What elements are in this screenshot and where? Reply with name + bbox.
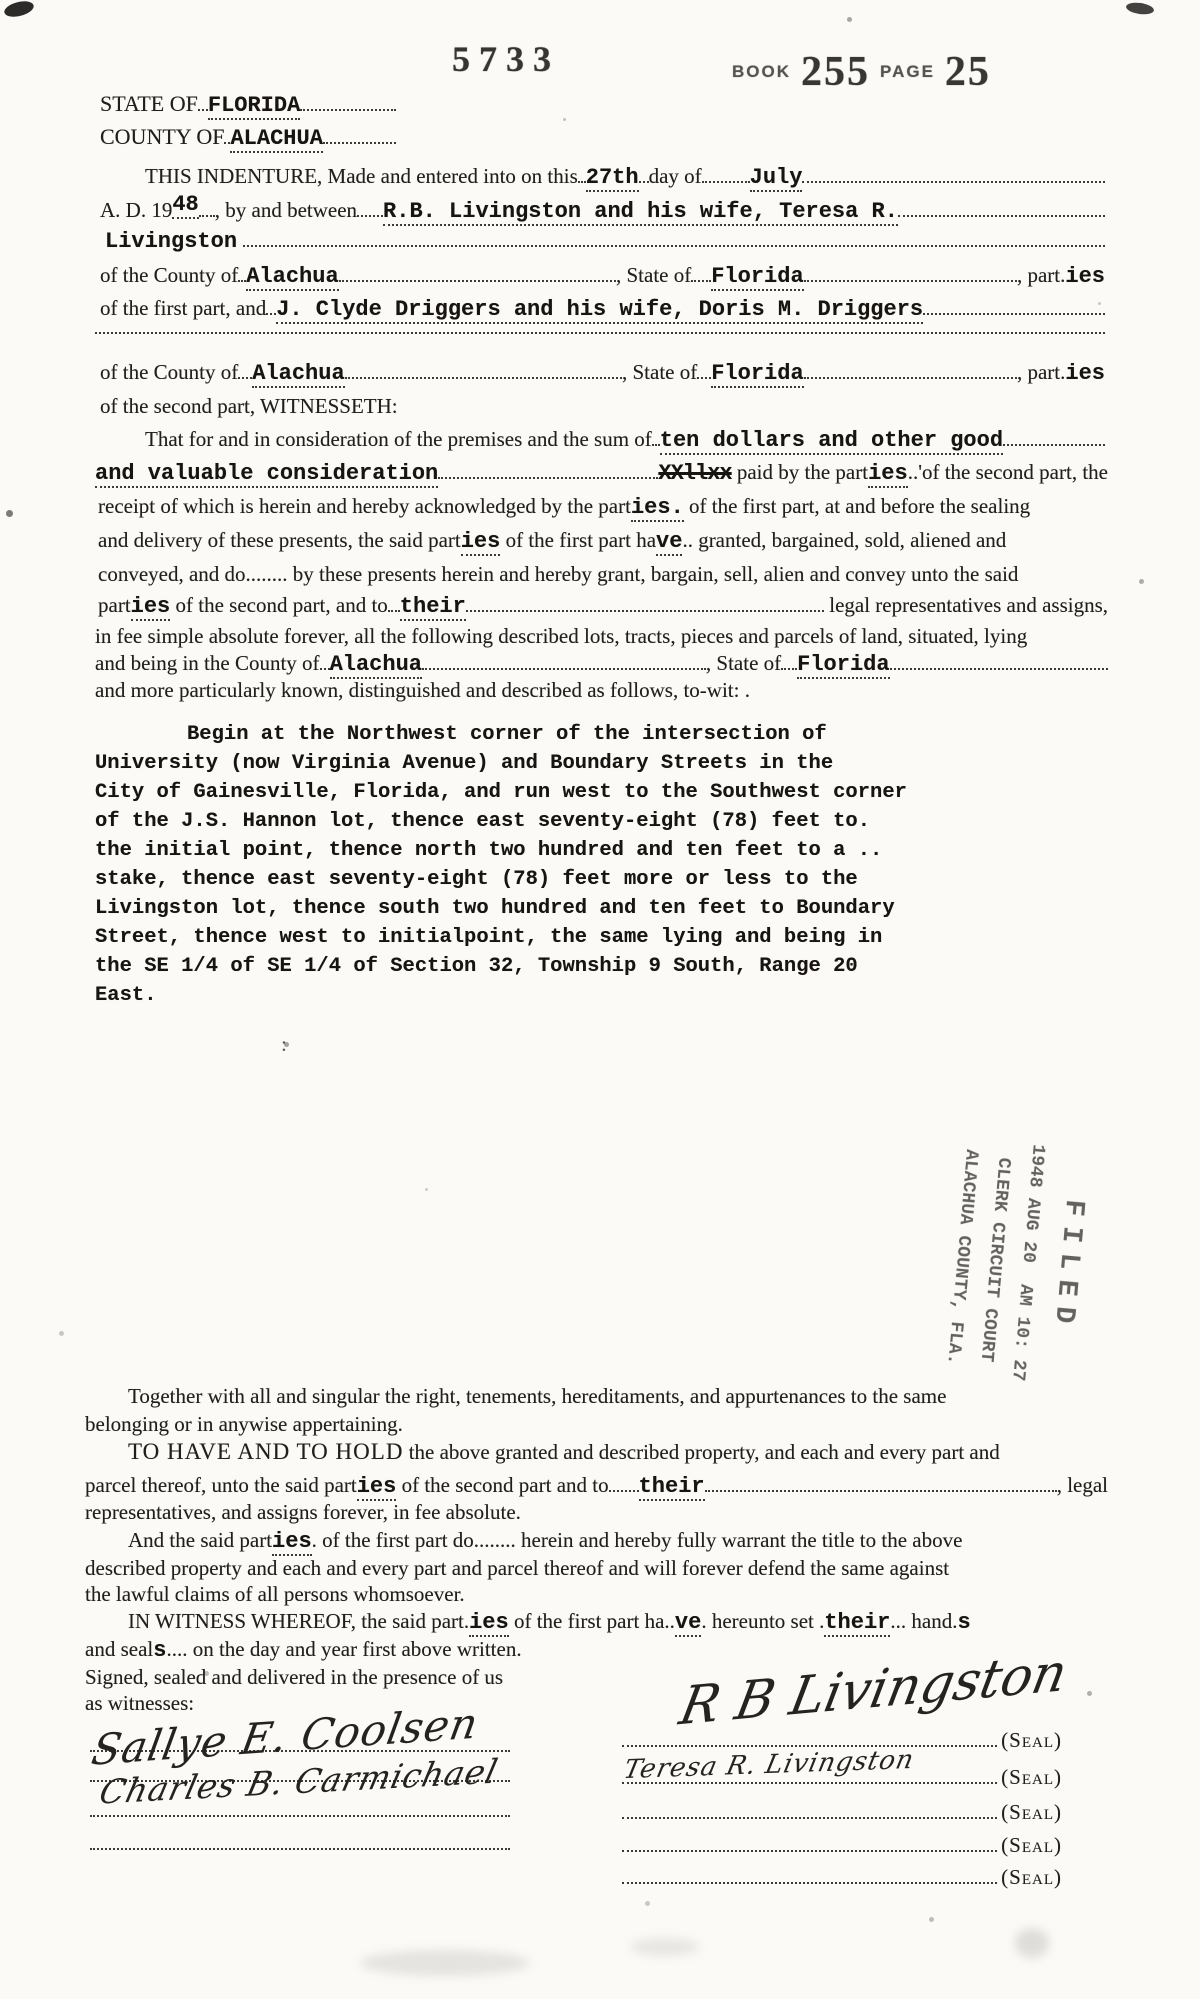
obliterated-word: XXllxx bbox=[658, 461, 731, 486]
printed-text: day of bbox=[649, 165, 702, 189]
granting-line-2: and valuable consideration XXllxx paid b… bbox=[95, 461, 1108, 488]
printed-text: of the County of bbox=[100, 361, 238, 385]
parties-fill: ies bbox=[1065, 264, 1105, 289]
state-label: STATE OF bbox=[100, 92, 198, 117]
scan-blemish bbox=[3, 0, 35, 19]
county-fill: Alachua bbox=[330, 652, 422, 679]
dotted-leader bbox=[890, 666, 1108, 670]
printed-text: and more particularly known, distinguish… bbox=[95, 679, 750, 703]
printed-text: and seal bbox=[85, 1638, 153, 1662]
dotted-leader bbox=[339, 278, 616, 282]
book-page-stamp: BOOK 255 PAGE 25 bbox=[732, 48, 1001, 96]
warranty-line-2: described property and each and every pa… bbox=[85, 1557, 949, 1581]
parties-fill: ies bbox=[357, 1474, 397, 1501]
scan-blemish bbox=[1125, 1, 1154, 16]
county-fill: Alachua bbox=[246, 264, 338, 291]
description-line: Street, thence west to initialpoint, the… bbox=[95, 923, 975, 952]
in-witness-line-1: IN WITNESS WHEREOF, the said part. ies o… bbox=[128, 1610, 971, 1637]
have-fill: ve bbox=[675, 1610, 701, 1637]
dotted-leader bbox=[320, 666, 330, 670]
dotted-leader bbox=[422, 666, 706, 670]
have-fill: ve bbox=[656, 529, 682, 556]
dotted-leader bbox=[622, 1880, 997, 1884]
dotted-leader bbox=[691, 278, 711, 282]
witness-signature-line-3 bbox=[90, 1813, 510, 1827]
county-state-line-first-part: of the County of Alachua , State of Flor… bbox=[100, 264, 1105, 291]
parties-fill: ies. bbox=[631, 495, 684, 522]
seal-line-5: (Seal) bbox=[622, 1866, 1062, 1890]
printed-text: of the first part, at and before the sea… bbox=[684, 495, 1030, 519]
dotted-leader bbox=[90, 1846, 510, 1850]
dotted-leader bbox=[622, 1815, 997, 1819]
printed-text: part bbox=[98, 594, 131, 618]
dotted-leader bbox=[95, 330, 1105, 334]
description-line: the initial point, thence north two hund… bbox=[95, 836, 975, 865]
dotted-leader bbox=[300, 107, 396, 111]
dotted-leader bbox=[578, 179, 586, 183]
printed-text: ... hand. bbox=[890, 1610, 957, 1634]
state-fill: Florida bbox=[711, 361, 803, 388]
printed-text: of the second part, and to bbox=[170, 594, 388, 618]
habendum-line-3: TO HAVE AND TO HOLD the above granted an… bbox=[128, 1439, 1000, 1465]
dotted-leader bbox=[781, 666, 797, 670]
book-number: 255 bbox=[801, 48, 870, 96]
printed-text: That for and in consideration of the pre… bbox=[145, 428, 652, 452]
printed-text: of the first part, and bbox=[100, 297, 266, 321]
dotted-leader bbox=[639, 179, 649, 183]
granting-line-9: and more particularly known, distinguish… bbox=[95, 679, 750, 703]
state-value: FLORIDA bbox=[208, 93, 300, 120]
printed-text: legal representatives and assigns, bbox=[824, 594, 1108, 618]
description-line: the SE 1/4 of SE 1/4 of Section 32, Town… bbox=[95, 952, 975, 981]
dotted-leader bbox=[357, 213, 383, 217]
printed-text: Signed, sealed and delivered in the pres… bbox=[85, 1666, 503, 1690]
description-line: East. bbox=[95, 981, 975, 1010]
printed-text: receipt of which is herein and hereby ac… bbox=[98, 495, 631, 519]
their-fill: their bbox=[639, 1474, 705, 1501]
printed-text: A. D. 19 bbox=[100, 199, 172, 223]
deed-document-page: : 5733 BOOK 255 PAGE 25 STATE OF FLORIDA… bbox=[0, 0, 1200, 1999]
dotted-leader bbox=[652, 442, 660, 446]
printed-text: , State of bbox=[616, 264, 691, 288]
seal-line-3: (Seal) bbox=[622, 1801, 1062, 1825]
dotted-leader bbox=[1003, 442, 1105, 446]
printed-text: , legal bbox=[1057, 1474, 1108, 1498]
printed-text: ..'of the second part, the bbox=[908, 461, 1108, 485]
indenture-line-3: Livingston bbox=[95, 229, 1105, 256]
seal-label: (Seal) bbox=[997, 1866, 1062, 1890]
printed-text: of the first part ha.. bbox=[509, 1610, 675, 1634]
consideration-fill: ten dollars and other good bbox=[660, 428, 1003, 455]
printed-text: in fee simple absolute forever, all the … bbox=[95, 625, 1027, 649]
in-witness-line-2: and seal s .... on the day and year firs… bbox=[85, 1638, 522, 1663]
printed-text: paid by the part bbox=[732, 461, 868, 485]
county-value: ALACHUA bbox=[230, 126, 322, 153]
state-fill: Florida bbox=[711, 264, 803, 291]
dotted-leader bbox=[609, 1488, 639, 1492]
printed-text: as witnesses: bbox=[85, 1692, 194, 1716]
dotted-leader bbox=[243, 243, 1105, 247]
county-label: COUNTY OF bbox=[100, 125, 224, 150]
description-line: City of Gainesville, Florida, and run we… bbox=[95, 778, 975, 807]
dotted-leader bbox=[705, 1488, 1057, 1492]
printed-text: belonging or in anywise appertaining. bbox=[85, 1413, 403, 1437]
habendum-line-2: belonging or in anywise appertaining. bbox=[85, 1413, 403, 1437]
consideration-fill: and valuable consideration bbox=[95, 461, 438, 488]
description-line: Livingston lot, thence south two hundred… bbox=[95, 894, 975, 923]
warranty-line-1: And the said part ies . of the first par… bbox=[128, 1529, 962, 1556]
dotted-leader bbox=[388, 608, 400, 612]
printed-text: and being in the County of bbox=[95, 652, 320, 676]
witnesseth-line: of the second part, WITNESSETH: bbox=[100, 395, 398, 419]
printed-text: the above granted and described property… bbox=[403, 1441, 999, 1465]
year-fill: 48 bbox=[172, 192, 198, 219]
parties-fill: ies bbox=[461, 529, 501, 556]
description-line: University (now Virginia Avenue) and Bou… bbox=[95, 749, 975, 778]
parties-fill: ies bbox=[1065, 361, 1105, 386]
seal-label: (Seal) bbox=[997, 1766, 1062, 1790]
dotted-leader bbox=[804, 278, 1017, 282]
printed-text: of the first part ha bbox=[500, 529, 656, 553]
as-witnesses-line: as witnesses: bbox=[85, 1692, 194, 1716]
scan-smudge bbox=[1015, 1928, 1049, 1958]
parties-fill: ies bbox=[272, 1529, 312, 1556]
printed-text: of the second part, WITNESSETH: bbox=[100, 395, 398, 419]
printed-text: THIS INDENTURE, Made and entered into on… bbox=[145, 165, 578, 189]
granting-line-6: part ies of the second part, and to thei… bbox=[98, 594, 1108, 621]
printed-text: of the second part and to bbox=[396, 1474, 608, 1498]
dotted-leader bbox=[804, 375, 1017, 379]
habendum-line-4: parcel thereof, unto the said part ies o… bbox=[85, 1474, 1108, 1501]
indenture-line-2: A. D. 19 48 , by and between R.B. Living… bbox=[100, 199, 1105, 226]
state-line: STATE OF FLORIDA bbox=[100, 92, 396, 120]
grantees-line: of the first part, and J. Clyde Driggers… bbox=[100, 297, 1105, 324]
dotted-leader bbox=[622, 1848, 997, 1852]
seal-label: (Seal) bbox=[997, 1801, 1062, 1825]
dotted-leader bbox=[697, 375, 711, 379]
printed-text: , by and between bbox=[215, 199, 357, 223]
county-state-line-second-part: of the County of Alachua , State of Flor… bbox=[100, 361, 1105, 388]
printed-text: .. granted, bargained, sold, aliened and bbox=[682, 529, 1006, 553]
dotted-leader bbox=[323, 140, 396, 144]
dotted-leader bbox=[923, 311, 1105, 315]
dotted-leader bbox=[345, 375, 622, 379]
parties-fill: ies bbox=[868, 461, 908, 488]
month-fill: July bbox=[750, 165, 803, 192]
printed-text: parcel thereof, unto the said part bbox=[85, 1474, 357, 1498]
parties-fill: ies bbox=[131, 594, 171, 621]
granting-line-8: and being in the County of Alachua , Sta… bbox=[95, 652, 1108, 679]
seal-label: (Seal) bbox=[997, 1834, 1062, 1858]
printed-text: and delivery of these presents, the said… bbox=[98, 529, 461, 553]
granting-line-5: conveyed, and do........ by these presen… bbox=[98, 563, 1018, 587]
county-line: COUNTY OF ALACHUA bbox=[100, 125, 396, 153]
granting-line-4: and delivery of these presents, the said… bbox=[98, 529, 1006, 556]
signed-sealed-line: Signed, sealed and delivered in the pres… bbox=[85, 1666, 503, 1690]
dotted-leader bbox=[898, 213, 1105, 217]
printed-text: conveyed, and do........ by these presen… bbox=[98, 563, 1018, 587]
state-fill: Florida bbox=[797, 652, 889, 679]
dotted-leader bbox=[622, 1743, 997, 1747]
their-fill: their bbox=[824, 1610, 890, 1637]
granting-line-7: in fee simple absolute forever, all the … bbox=[95, 625, 1027, 649]
printed-text: . hereunto set . bbox=[701, 1610, 824, 1634]
to-have-and-to-hold: TO HAVE AND TO HOLD bbox=[128, 1439, 403, 1465]
printed-text: . of the first part do........ herein an… bbox=[312, 1529, 963, 1553]
printed-text: IN WITNESS WHEREOF, the said part. bbox=[128, 1610, 469, 1634]
dotted-leader bbox=[466, 608, 824, 612]
printed-text: representatives, and assigns forever, in… bbox=[85, 1501, 521, 1525]
county-fill: Alachua bbox=[252, 361, 344, 388]
parties-fill: ies bbox=[469, 1610, 509, 1637]
description-line: stake, thence east seventy-eight (78) fe… bbox=[95, 865, 975, 894]
grantors-fill: R.B. Livingston and his wife, Teresa R. bbox=[383, 199, 898, 226]
filed-stamp: FILED 1948 AUG 20 AM 10: 27 CLERK CIRCUI… bbox=[933, 1120, 1095, 1403]
their-fill: their bbox=[400, 594, 466, 621]
dotted-leader bbox=[802, 179, 1105, 183]
warranty-line-3: the lawful claims of all persons whomsoe… bbox=[85, 1583, 465, 1607]
dotted-leader bbox=[238, 375, 252, 379]
witness-signature-line-4 bbox=[90, 1846, 510, 1860]
grantees-fill: J. Clyde Driggers and his wife, Doris M.… bbox=[276, 297, 923, 324]
dotted-leader bbox=[702, 179, 750, 183]
seal-label: (Seal) bbox=[997, 1729, 1062, 1753]
printed-text: And the said part bbox=[128, 1529, 272, 1553]
scan-speckle bbox=[0, 0, 3, 3]
dotted-leader bbox=[90, 1813, 510, 1817]
printed-text: described property and each and every pa… bbox=[85, 1557, 949, 1581]
habendum-line-5: representatives, and assigns forever, in… bbox=[85, 1501, 521, 1525]
printed-text: of the County of bbox=[100, 264, 238, 288]
printed-text: , part. bbox=[1017, 361, 1065, 385]
description-line: of the J.S. Hannon lot, thence east seve… bbox=[95, 807, 975, 836]
printed-text: , State of bbox=[622, 361, 697, 385]
page-label: PAGE bbox=[880, 62, 935, 82]
plural-fill: s bbox=[957, 1610, 970, 1635]
grantor-signature-1: R B Livingston bbox=[675, 1643, 1072, 1738]
printed-text: the lawful claims of all persons whomsoe… bbox=[85, 1583, 465, 1607]
dotted-leader bbox=[199, 213, 215, 217]
description-line: Begin at the Northwest corner of the int… bbox=[95, 720, 975, 749]
printed-text: , State of bbox=[706, 652, 781, 676]
grantors-fill-continued: Livingston bbox=[95, 229, 243, 256]
stray-colon-mark: : bbox=[281, 1032, 287, 1057]
printed-text: , part. bbox=[1017, 264, 1065, 288]
seal-line-4: (Seal) bbox=[622, 1834, 1062, 1858]
indenture-line-1: THIS INDENTURE, Made and entered into on… bbox=[145, 165, 1105, 192]
dotted-leader bbox=[266, 311, 276, 315]
granting-line-3: receipt of which is herein and hereby ac… bbox=[98, 495, 1030, 522]
printed-text: .... on the day and year first above wri… bbox=[166, 1638, 521, 1662]
book-label: BOOK bbox=[732, 62, 791, 82]
printed-text: Together with all and singular the right… bbox=[128, 1385, 946, 1409]
dotted-leader bbox=[438, 475, 658, 479]
habendum-line-1: Together with all and singular the right… bbox=[128, 1385, 946, 1409]
granting-line-1: That for and in consideration of the pre… bbox=[145, 428, 1105, 455]
dotted-leader bbox=[198, 107, 208, 111]
day-fill: 27th bbox=[586, 165, 639, 192]
page-number: 25 bbox=[945, 48, 991, 96]
blank-dotted-line bbox=[95, 330, 1105, 344]
scan-smudge bbox=[630, 1938, 700, 1956]
plural-fill: s bbox=[153, 1638, 166, 1663]
legal-description: Begin at the Northwest corner of the int… bbox=[95, 720, 975, 1010]
document-number-stamp: 5733 bbox=[452, 38, 560, 80]
scan-smudge bbox=[360, 1950, 530, 1976]
